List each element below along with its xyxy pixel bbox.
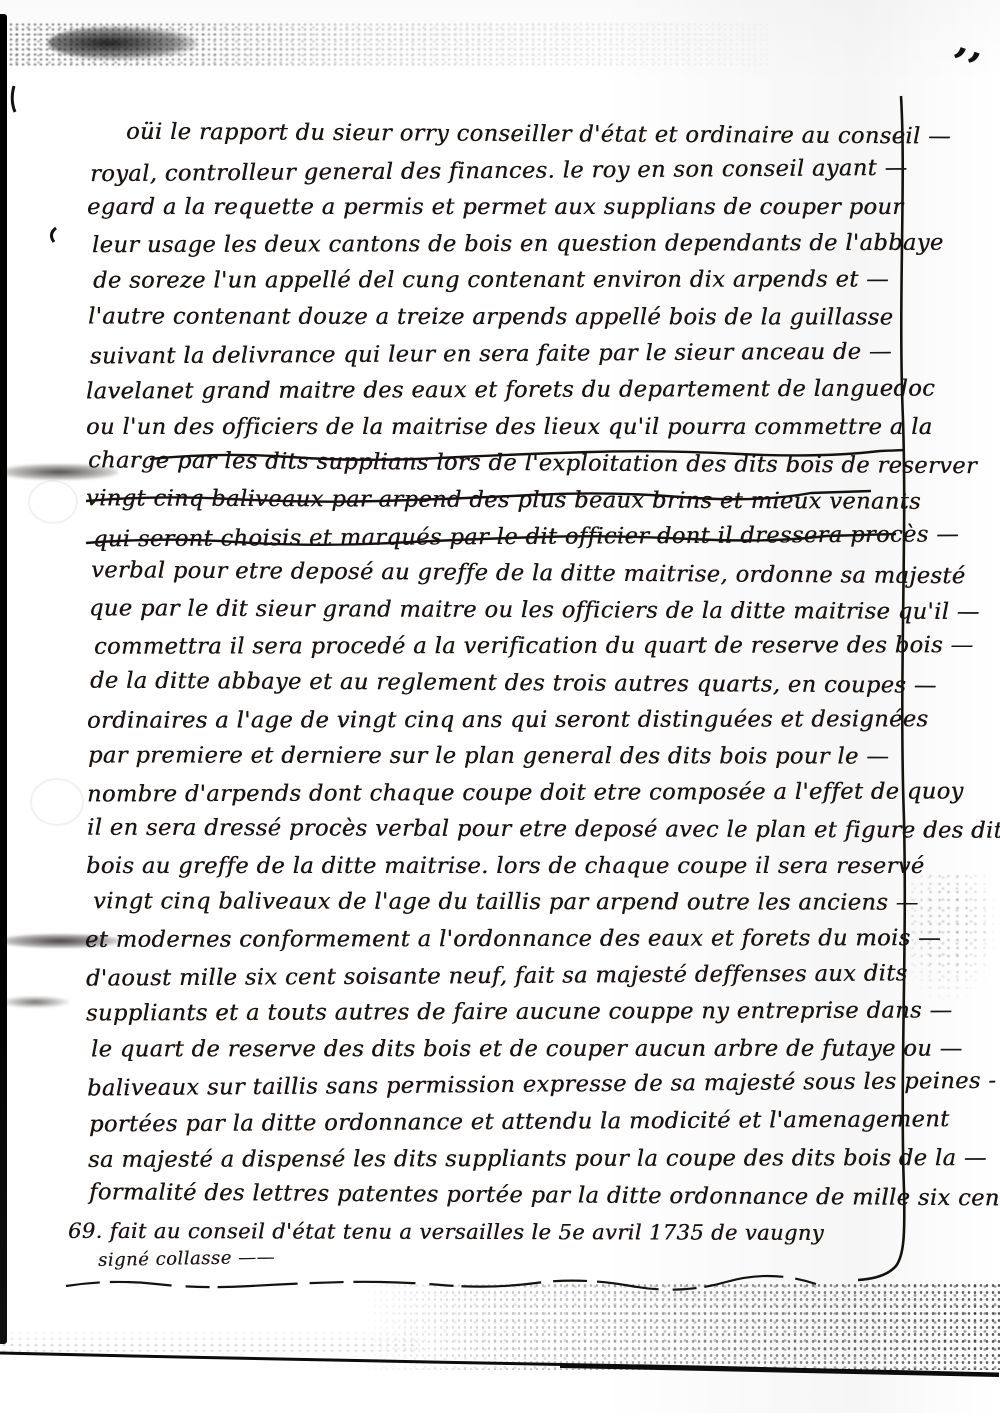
manuscript-line: de la ditte abbaye et au reglement des t…	[90, 662, 911, 703]
manuscript-line: sa majesté a dispensé les dits suppliant…	[88, 1140, 910, 1178]
top-right-ink-mark: ’’	[941, 52, 986, 101]
left-margin-smear	[0, 996, 70, 1008]
manuscript-line: suppliants et a touts autres de faire au…	[86, 993, 910, 1032]
manuscript-line: que par le dit sieur grand maitre ou les…	[89, 590, 910, 630]
manuscript-line: bois au greffe de la ditte maitrise. lor…	[86, 848, 910, 885]
signature-line: signé collasse ——	[98, 1246, 318, 1271]
manuscript-line: ordinaires a l'age de vingt cinq ans qui…	[87, 701, 910, 739]
manuscript-text-block: oüi le rapport du sieur orry conseiller …	[88, 116, 910, 1250]
faint-ring-stain	[28, 480, 78, 524]
manuscript-line: commettra il sera procedé a la verificat…	[94, 628, 910, 666]
manuscript-line: le quart de reserve des dits bois et de …	[91, 1030, 910, 1067]
manuscript-line: portées par la ditte ordonnance et atten…	[89, 1102, 910, 1144]
manuscript-line: vingt cinq baliveaux par arpend des plus…	[86, 480, 910, 520]
manuscript-line: d'aoust mille six cent soisante neuf, fa…	[86, 955, 910, 997]
manuscript-line: qui seront choisis et marqués par le dit…	[93, 516, 910, 557]
manuscript-line: formalité des lettres patentes portée pa…	[89, 1174, 911, 1216]
manuscript-line: egard a la requette a permis et permet a…	[87, 189, 910, 226]
manuscript-line: royal, controlleur general des finances.…	[89, 149, 910, 192]
manuscript-line: de soreze l'un appellé del cung contenan…	[93, 262, 910, 300]
bottom-edge-noise	[360, 1282, 1000, 1370]
manuscript-line: verbal pour etre deposé au greffe de la …	[90, 552, 910, 594]
manuscript-line: baliveaux sur taillis sans permission ex…	[87, 1064, 910, 1108]
manuscript-line: l'autre contenant douze a treize arpends…	[88, 298, 910, 336]
faint-ring-stain	[30, 778, 84, 826]
manuscript-line: oüi le rapport du sieur orry conseiller …	[126, 114, 910, 155]
manuscript-line: par premiere et derniere sur le plan gen…	[88, 738, 910, 776]
manuscript-line: et modernes conformement a l'ordonnance …	[85, 920, 910, 958]
manuscript-line: lavelanet grand maitre des eaux et foret…	[86, 371, 910, 410]
manuscript-line: 69. fait au conseil d'état tenu a versai…	[68, 1213, 910, 1252]
manuscript-line: ou l'un des officiers de la maitrise des…	[86, 409, 910, 446]
manuscript-line: vingt cinq baliveaux de l'age du taillis…	[93, 884, 910, 922]
stray-tick	[51, 228, 56, 242]
scan-left-edge-strip	[0, 14, 7, 1344]
manuscript-line: leur usage les deux cantons de bois en q…	[92, 225, 910, 264]
bottom-edge-noise	[0, 1330, 420, 1358]
manuscript-line: charge par les dits supplians lors de l'…	[88, 443, 910, 485]
top-smudge-blob	[48, 26, 198, 60]
manuscript-line: il en sera dressé procès verbal pour etr…	[87, 810, 910, 849]
manuscript-line: nombre d'arpends dont chaque coupe doit …	[87, 773, 910, 812]
scanned-manuscript-page: ’’ oüi le rapport du sieur orry conseill…	[0, 0, 1000, 1413]
stray-tick	[12, 86, 15, 112]
manuscript-line: suivant la delivrance qui leur en sera f…	[90, 333, 910, 375]
